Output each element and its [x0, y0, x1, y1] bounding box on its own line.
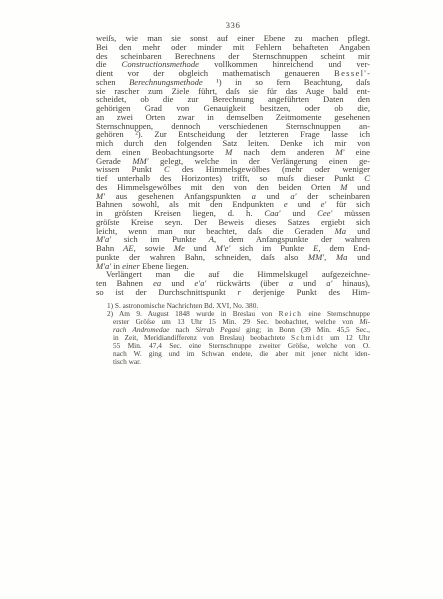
paragraph: weiſs, wie man sie sonst auf einer Ebene… — [96, 34, 370, 270]
text-line: nach W. ging und im Schwan endete, die a… — [107, 350, 370, 358]
footnotes-section: 1) S. astronomische Nachrichten Bd. XVI,… — [96, 302, 370, 367]
paragraph: 2) Am 9. August 1848 wurde in Breslau vo… — [96, 310, 370, 367]
paragraph: Verlängert man die auf die Himmelskugel … — [96, 270, 370, 296]
main-text: weiſs, wie man sie sonst auf einer Ebene… — [96, 34, 370, 297]
text-line: so ist der Durchschnittspunkt r derjenig… — [96, 288, 370, 297]
page-number: 336 — [96, 20, 370, 30]
text-line: tisch war. — [107, 358, 370, 366]
text-block: 336 weiſs, wie man sie sonst auf einer E… — [96, 20, 370, 366]
scanned-book-page: 336 weiſs, wie man sie sonst auf einer E… — [0, 0, 443, 599]
